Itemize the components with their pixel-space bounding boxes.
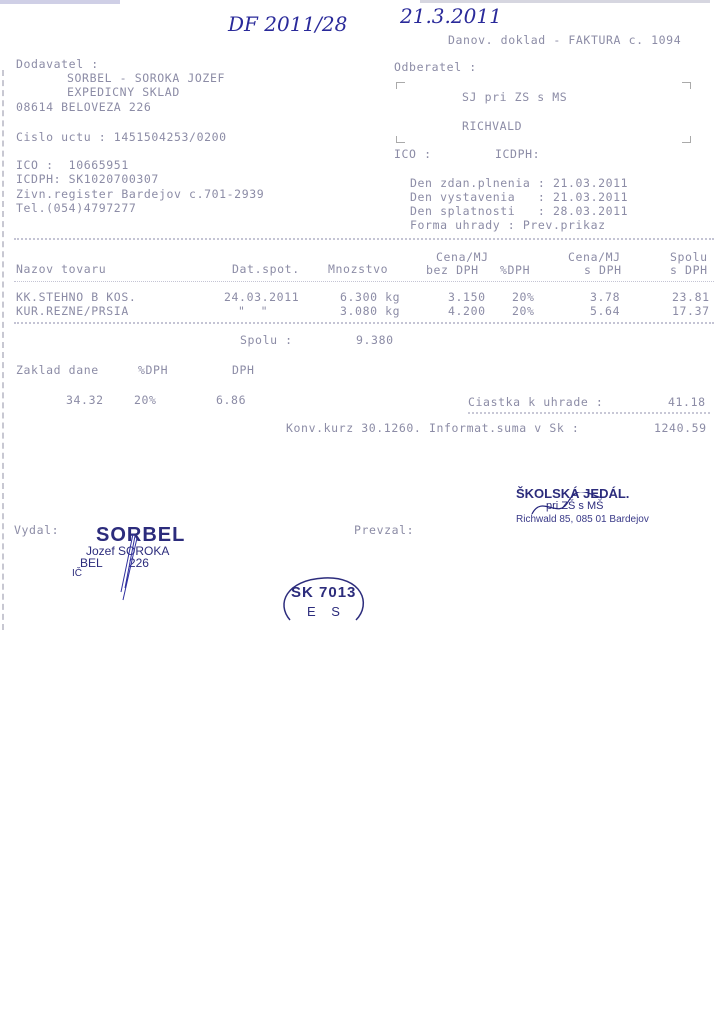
tax-vat-label: DPH (232, 363, 255, 377)
delivery-date: Den zdan.plnenia : 21.03.2011 (410, 176, 628, 190)
sum-label: Spolu : (240, 333, 293, 347)
cell-price-gross: 3.78 (590, 290, 620, 304)
amount-due-value: 41.18 (668, 395, 706, 409)
document-title: Danov. doklad - FAKTURA c. 1094 (448, 33, 681, 47)
payment-method: Forma uhrady : Prev.prikaz (410, 218, 606, 232)
tax-vat-pct-label: %DPH (138, 363, 168, 377)
oval-stamp-border (276, 574, 372, 628)
supplier-account: Cislo uctu : 1451504253/0200 (16, 130, 227, 144)
supplier-label: Dodavatel : (16, 57, 99, 71)
separator (468, 412, 710, 414)
col-header-qty: Mnozstvo (328, 262, 388, 276)
cell-date: " " (238, 304, 268, 318)
cell-item: KUR.REZNE/PRSIA (16, 304, 129, 318)
col-header-date: Dat.spot. (232, 262, 300, 276)
cell-price-net: 4.200 (448, 304, 486, 318)
col-header-item: Nazov tovaru (16, 262, 106, 276)
col-header-price-gross-sub: s DPH (584, 263, 622, 277)
col-header-total-sub: s DPH (670, 263, 708, 277)
col-header-vat: %DPH (500, 263, 530, 277)
customer-label: Odberatel : (394, 60, 477, 74)
supplier-address: 08614 BELOVEZA 226 (16, 100, 151, 114)
separator (14, 238, 714, 240)
scan-artifact-strip (0, 0, 120, 4)
cell-item: KK.STEHNO B KOS. (16, 290, 136, 304)
conversion-note: Konv.kurz 30.1260. Informat.suma v Sk : (286, 421, 579, 435)
supplier-division: EXPEDICNY SKLAD (67, 85, 180, 99)
supplier-icdph: ICDPH: SK1020700307 (16, 172, 159, 186)
col-header-price-net: Cena/MJ (436, 250, 489, 264)
perforation-edge (2, 70, 4, 630)
stamp-text: SK 7013 (291, 584, 356, 601)
supplier-ico: ICO : 10665951 (16, 158, 129, 172)
customer-city: RICHVALD (462, 119, 522, 133)
supplier-name: SORBEL - SOROKA JOZEF (67, 71, 225, 85)
col-header-price-net-sub: bez DPH (426, 263, 479, 277)
signature-scribble (115, 530, 145, 602)
customer-icdph-label: ICDPH: (495, 147, 540, 161)
cell-total: 17.37 (672, 304, 710, 318)
conversion-value: 1240.59 (654, 421, 707, 435)
cell-price-net: 3.150 (448, 290, 486, 304)
supplier-registry: Zivn.register Bardejov c.701-2939 (16, 187, 264, 201)
tax-vat-pct-value: 20% (134, 393, 157, 407)
issued-by-label: Vydal: (14, 523, 59, 537)
cell-total: 23.81 (672, 290, 710, 304)
due-date: Den splatnosti : 28.03.2011 (410, 204, 628, 218)
col-header-total: Spolu (670, 250, 708, 264)
signature-scribble (528, 492, 608, 522)
issue-date: Den vystavenia : 21.03.2011 (410, 190, 628, 204)
address-window-corner (682, 82, 691, 89)
col-header-price-gross: Cena/MJ (568, 250, 621, 264)
supplier-phone: Tel.(054)4797277 (16, 201, 136, 215)
stamp-text: E S (307, 604, 346, 619)
cell-qty: 6.300 kg (340, 290, 400, 304)
amount-due-label: Ciastka k uhrade : (468, 395, 603, 409)
customer-name: SJ pri ZS s MS (462, 90, 567, 104)
address-window-corner (396, 82, 405, 89)
cell-qty: 3.080 kg (340, 304, 400, 318)
cell-price-gross: 5.64 (590, 304, 620, 318)
sum-qty: 9.380 (356, 333, 394, 347)
handwritten-reference: DF 2011/28 (228, 12, 347, 36)
received-by-label: Prevzal: (354, 523, 414, 537)
tax-base-label: Zaklad dane (16, 363, 99, 377)
cell-date: 24.03.2011 (224, 290, 299, 304)
separator (14, 281, 714, 282)
cell-vat: 20% (512, 304, 535, 318)
stamp-text: IČ (72, 568, 82, 579)
scan-artifact-strip (420, 0, 710, 3)
address-window-corner (396, 136, 405, 143)
address-window-corner (682, 136, 691, 143)
tax-vat-value: 6.86 (216, 393, 246, 407)
customer-ico-label: ICO : (394, 147, 432, 161)
tax-base-value: 34.32 (66, 393, 104, 407)
cell-vat: 20% (512, 290, 535, 304)
handwritten-date: 21.3.2011 (400, 4, 502, 28)
separator (14, 322, 714, 324)
